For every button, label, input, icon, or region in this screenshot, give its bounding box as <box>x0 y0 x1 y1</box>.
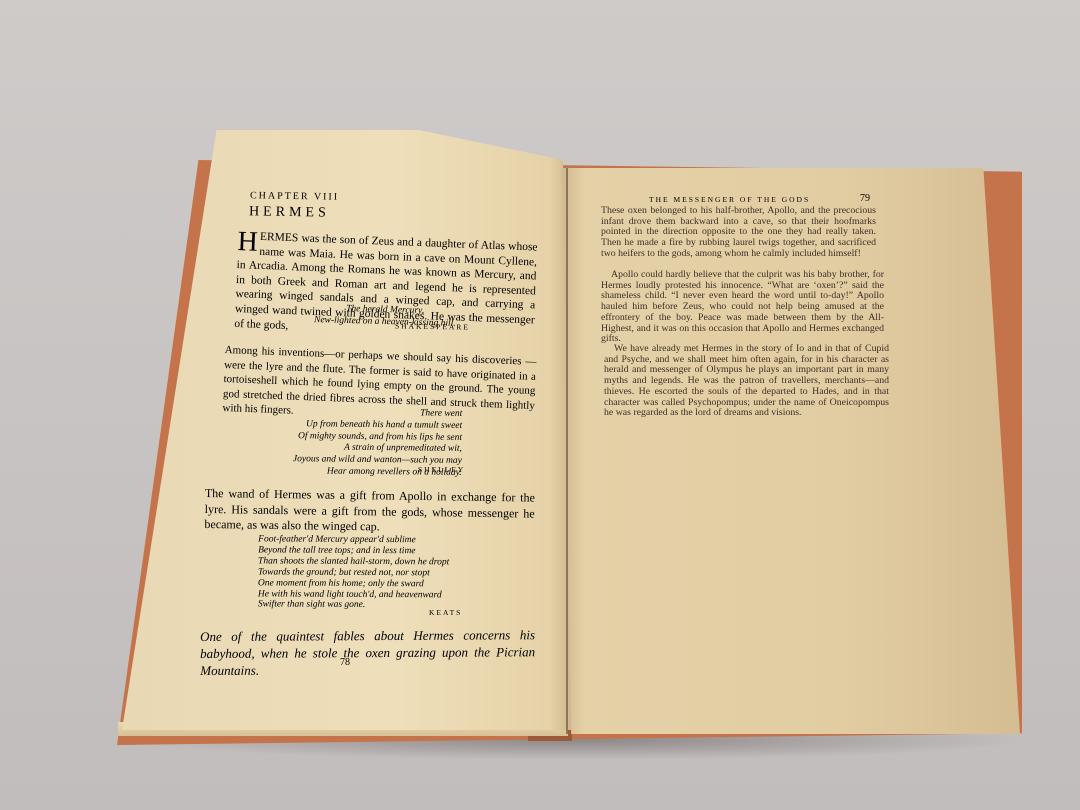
left-paragraph-4: One of the quaintest fables about Hermes… <box>200 626 535 679</box>
page-number-left: 78 <box>340 657 350 668</box>
right-paragraph-2: Apollo could hardly believe that the cul… <box>601 270 884 345</box>
quote-attribution: KEATS <box>429 608 462 617</box>
photo-scene: CHAPTER VIII HERMES HERMES was the son o… <box>0 0 1080 810</box>
chapter-label: CHAPTER VIII <box>250 190 339 203</box>
quote-keats: Foot-feather'd Mercury appear'd sublime … <box>258 534 488 612</box>
quote-attribution: SHELLEY <box>418 465 465 474</box>
chapter-title: HERMES <box>249 204 330 221</box>
verse-line: Towards the ground; but rested not, nor … <box>258 567 488 579</box>
quote-attribution: SHAKESPEARE <box>395 321 470 331</box>
drop-cap: H <box>237 230 258 255</box>
left-paragraph-3: The wand of Hermes was a gift from Apoll… <box>204 486 535 537</box>
book-gutter <box>566 168 568 734</box>
running-head: THE MESSENGER OF THE GODS <box>649 195 810 204</box>
verse-line: Than shoots the slanted hail-storm, down… <box>258 556 488 568</box>
right-paragraph-3: We have already met Hermes in the story … <box>604 344 889 419</box>
verse-line: One moment from his home; only the sward <box>258 578 488 590</box>
page-number-right: 79 <box>860 193 870 204</box>
right-paragraph-1: These oxen belonged to his half-brother,… <box>601 206 876 260</box>
